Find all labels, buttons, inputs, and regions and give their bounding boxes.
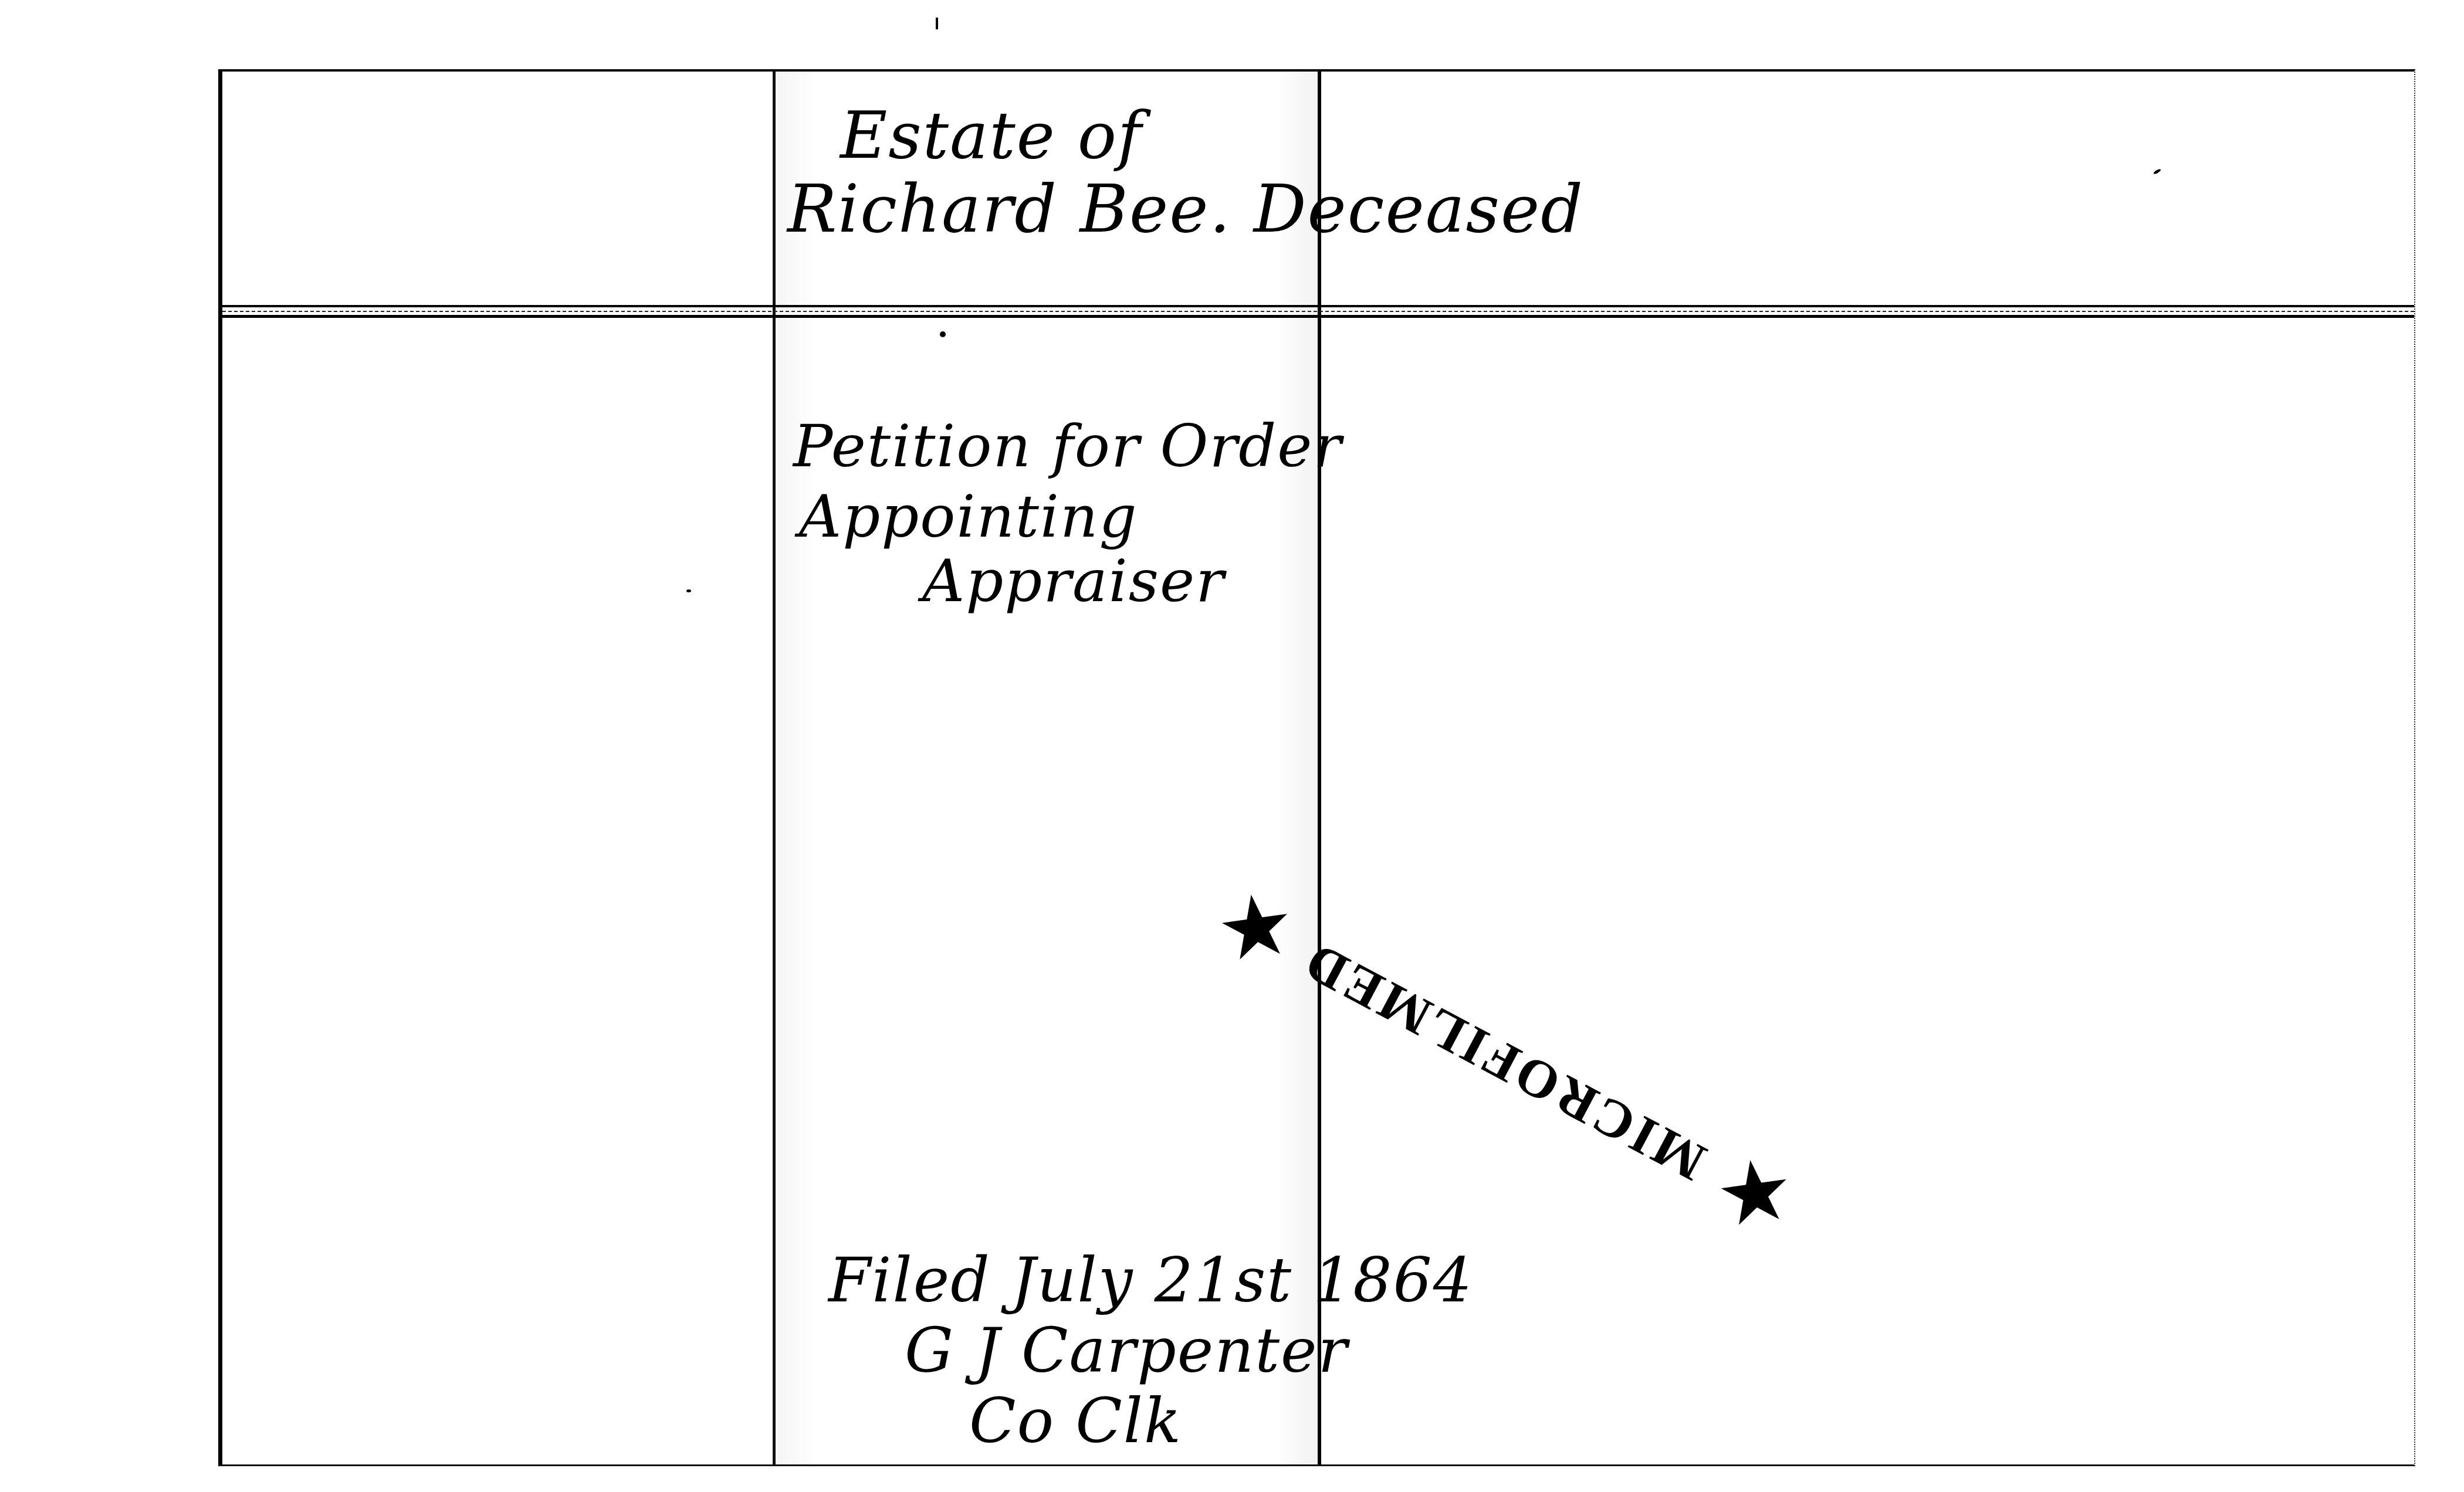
scan-speck xyxy=(940,331,946,337)
estate-label: Estate of xyxy=(840,98,1143,173)
horizontal-rule-divider xyxy=(222,305,2414,318)
right-fold-panel xyxy=(1321,72,2414,1464)
docket-panel: Estate of Richard Bee. Deceased Petition… xyxy=(773,72,1321,1464)
clerk-signature: G J Carpenter xyxy=(905,1315,1348,1386)
petition-line-2: Appointing xyxy=(799,482,1138,551)
document-sheet: Estate of Richard Bee. Deceased Petition… xyxy=(218,69,2415,1466)
left-fold-panel xyxy=(222,72,773,1464)
scan-speck xyxy=(686,589,691,592)
petition-line-1: Petition for Order xyxy=(793,412,1342,480)
petition-line-3: Appraiser xyxy=(922,547,1225,615)
scan-speck xyxy=(936,18,938,29)
clerk-title: Co Clk xyxy=(969,1385,1182,1457)
